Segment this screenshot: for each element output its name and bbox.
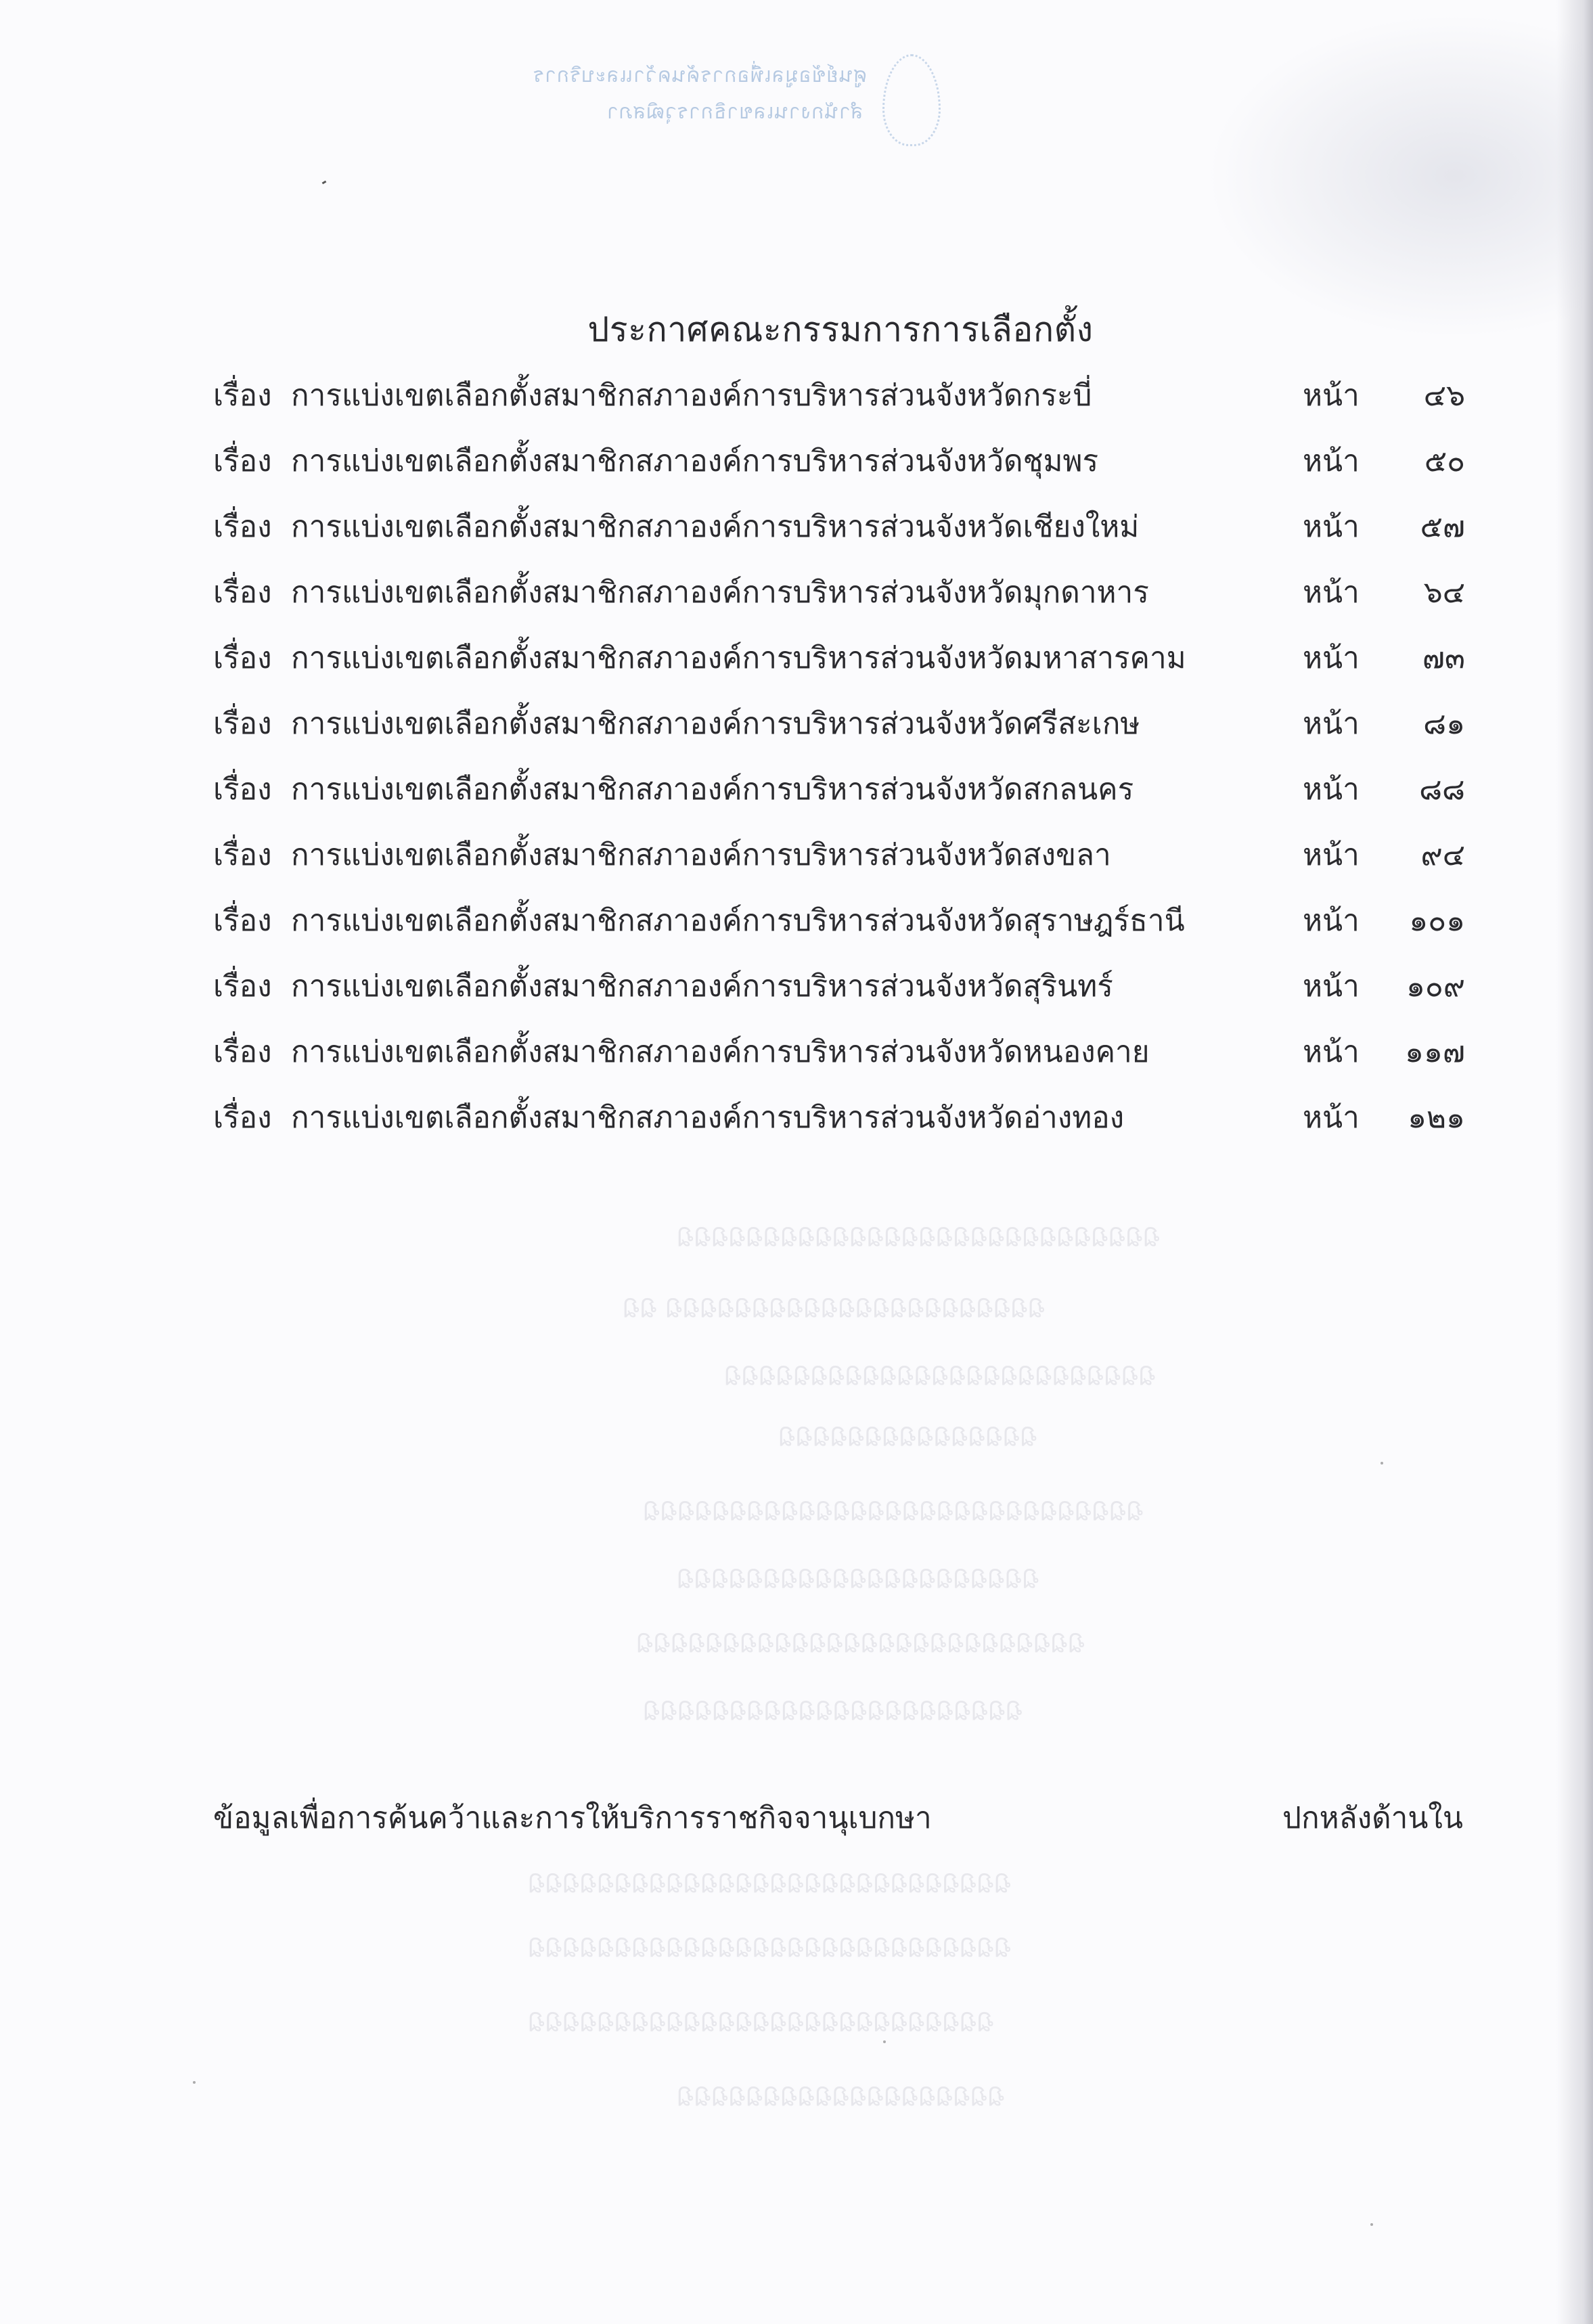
bleed-through: ฎฎฎฎฎฎฎฎฎฎฎฎฎฎฎฎฎฎฎฎฎ [677, 1553, 1039, 1594]
toc-page-number: ๔๖ [1357, 371, 1465, 421]
toc-title: การแบ่งเขตเลือกตั้งสมาชิกสภาองค์การบริหา… [291, 437, 1098, 487]
toc-entry: เรื่องการแบ่งเขตเลือกตั้งสมาชิกสภาองค์กา… [213, 1093, 1465, 1159]
toc-entry: เรื่องการแบ่งเขตเลือกตั้งสมาชิกสภาองค์กา… [213, 896, 1465, 962]
toc-title: การแบ่งเขตเลือกตั้งสมาชิกสภาองค์การบริหา… [291, 699, 1140, 749]
bleed-through: ฎฎฎฎฎฎฎฎฎฎฎฎฎฎฎฎฎฎฎฎฎฎฎฎฎฎฎฎ [677, 1211, 1160, 1253]
toc-page-label: หน้า [1303, 962, 1360, 1012]
toc-page-label: หน้า [1303, 830, 1360, 880]
toc-prefix: เรื่อง [213, 371, 272, 421]
library-stamp: ศูนย์ข้อมูลเพื่อการค้นคว้าและบริการ สำนั… [562, 54, 981, 149]
bleed-through: ฎฎฎฎฎฎฎฎฎฎฎฎฎฎฎ [778, 1411, 1037, 1452]
toc-entry: เรื่องการแบ่งเขตเลือกตั้งสมาชิกสภาองค์กา… [213, 568, 1465, 633]
page-title: ประกาศคณะกรรมการการเลือกตั้ง [0, 303, 1593, 357]
toc-prefix: เรื่อง [213, 1093, 272, 1143]
toc-page-label: หน้า [1303, 1027, 1360, 1077]
bleed-through: ฎฎฎฎฎฎฎฎฎฎฎฎฎฎฎฎฎฎฎฎฎฎฎฎฎฎฎฎ [528, 1858, 1011, 1899]
toc-entry: เรื่องการแบ่งเขตเลือกตั้งสมาชิกสภาองค์กา… [213, 371, 1465, 437]
table-of-contents: เรื่องการแบ่งเขตเลือกตั้งสมาชิกสภาองค์กา… [213, 371, 1465, 1159]
toc-page-label: หน้า [1303, 765, 1360, 815]
toc-page-number: ๕๐ [1357, 437, 1465, 487]
scan-speck [883, 2040, 886, 2043]
toc-prefix: เรื่อง [213, 765, 272, 815]
seal-icon [882, 54, 941, 146]
bleed-through: ฎฎฎฎฎฎฎฎฎฎฎฎฎฎฎฎฎฎฎฎฎฎ [643, 1685, 1023, 1726]
toc-page-label: หน้า [1303, 896, 1360, 946]
bleed-through: ฎฎฎฎฎฎฎฎฎฎฎฎฎฎฎฎฎฎฎฎฎฎฎฎฎ [724, 1350, 1156, 1391]
toc-page-label: หน้า [1303, 568, 1360, 618]
footer-source-note: ข้อมูลเพื่อการค้นคว้าและการให้บริการราชก… [213, 1793, 932, 1843]
stamp-line-2: สำนักงานเลขาธิการวุฒิสภา [606, 96, 863, 128]
toc-page-number: ๙๔ [1357, 830, 1465, 880]
toc-prefix: เรื่อง [213, 699, 272, 749]
toc-entry: เรื่องการแบ่งเขตเลือกตั้งสมาชิกสภาองค์กา… [213, 1027, 1465, 1093]
toc-page-number: ๑๐๙ [1357, 962, 1465, 1012]
toc-page-number: ๑๒๑ [1357, 1093, 1465, 1143]
toc-prefix: เรื่อง [213, 568, 272, 618]
toc-title: การแบ่งเขตเลือกตั้งสมาชิกสภาองค์การบริหา… [291, 1027, 1150, 1077]
toc-page-label: หน้า [1303, 1093, 1360, 1143]
toc-page-number: ๑๑๗ [1357, 1027, 1465, 1077]
toc-entry: เรื่องการแบ่งเขตเลือกตั้งสมาชิกสภาองค์กา… [213, 830, 1465, 896]
ink-mark [322, 181, 327, 185]
toc-entry: เรื่องการแบ่งเขตเลือกตั้งสมาชิกสภาองค์กา… [213, 765, 1465, 830]
toc-prefix: เรื่อง [213, 896, 272, 946]
toc-title: การแบ่งเขตเลือกตั้งสมาชิกสภาองค์การบริหา… [291, 633, 1186, 684]
toc-prefix: เรื่อง [213, 502, 272, 552]
toc-page-number: ๘๘ [1357, 765, 1465, 815]
toc-title: การแบ่งเขตเลือกตั้งสมาชิกสภาองค์การบริหา… [291, 371, 1092, 421]
toc-title: การแบ่งเขตเลือกตั้งสมาชิกสภาองค์การบริหา… [291, 765, 1134, 815]
toc-title: การแบ่งเขตเลือกตั้งสมาชิกสภาองค์การบริหา… [291, 568, 1149, 618]
toc-prefix: เรื่อง [213, 1027, 272, 1077]
bleed-through: ฎฎฎฎฎฎฎฎฎฎฎฎฎฎฎฎฎฎฎฎฎฎฎฎฎฎ [636, 1617, 1085, 1659]
toc-title: การแบ่งเขตเลือกตั้งสมาชิกสภาองค์การบริหา… [291, 502, 1139, 552]
toc-prefix: เรื่อง [213, 437, 272, 487]
toc-page-number: ๗๓ [1357, 633, 1465, 684]
toc-prefix: เรื่อง [213, 962, 272, 1012]
scan-speck [1381, 1462, 1383, 1465]
toc-entry: เรื่องการแบ่งเขตเลือกตั้งสมาชิกสภาองค์กา… [213, 699, 1465, 765]
scan-speck [193, 2081, 196, 2084]
bleed-through: ฎฎฎฎฎฎฎฎฎฎฎฎฎฎฎฎฎฎฎฎฎฎ ฎฎ [623, 1282, 1045, 1324]
toc-page-label: หน้า [1303, 371, 1360, 421]
toc-page-number: ๖๔ [1357, 568, 1465, 618]
toc-title: การแบ่งเขตเลือกตั้งสมาชิกสภาองค์การบริหา… [291, 1093, 1124, 1143]
toc-title: การแบ่งเขตเลือกตั้งสมาชิกสภาองค์การบริหา… [291, 896, 1185, 946]
toc-prefix: เรื่อง [213, 633, 272, 684]
toc-title: การแบ่งเขตเลือกตั้งสมาชิกสภาองค์การบริหา… [291, 962, 1113, 1012]
stamp-line-1: ศูนย์ข้อมูลเพื่อการค้นคว้าและบริการ [533, 60, 866, 91]
bleed-through: ฎฎฎฎฎฎฎฎฎฎฎฎฎฎฎฎฎฎฎฎฎฎฎฎฎฎฎ [528, 1996, 994, 2038]
toc-page-number: ๘๑ [1357, 699, 1465, 749]
toc-page-label: หน้า [1303, 633, 1360, 684]
toc-page-number: ๕๗ [1357, 502, 1465, 552]
toc-entry: เรื่องการแบ่งเขตเลือกตั้งสมาชิกสภาองค์กา… [213, 962, 1465, 1027]
toc-page-number: ๑๐๑ [1357, 896, 1465, 946]
toc-entry: เรื่องการแบ่งเขตเลือกตั้งสมาชิกสภาองค์กา… [213, 437, 1465, 502]
footer-page-location: ปกหลังด้านใน [1282, 1793, 1463, 1843]
bleed-through: ฎฎฎฎฎฎฎฎฎฎฎฎฎฎฎฎฎฎฎฎฎฎฎฎฎฎฎฎ [528, 1922, 1011, 1963]
toc-entry: เรื่องการแบ่งเขตเลือกตั้งสมาชิกสภาองค์กา… [213, 502, 1465, 568]
toc-title: การแบ่งเขตเลือกตั้งสมาชิกสภาองค์การบริหา… [291, 830, 1111, 880]
bleed-through: ฎฎฎฎฎฎฎฎฎฎฎฎฎฎฎฎฎฎฎฎฎฎฎฎฎฎฎฎฎ [643, 1485, 1144, 1527]
toc-page-label: หน้า [1303, 699, 1360, 749]
scan-speck [1370, 2223, 1373, 2226]
toc-prefix: เรื่อง [213, 830, 272, 880]
bleed-through: ฎฎฎฎฎฎฎฎฎฎฎฎฎฎฎฎฎฎฎ [677, 2071, 1005, 2112]
toc-page-label: หน้า [1303, 437, 1360, 487]
toc-entry: เรื่องการแบ่งเขตเลือกตั้งสมาชิกสภาองค์กา… [213, 633, 1465, 699]
toc-page-label: หน้า [1303, 502, 1360, 552]
